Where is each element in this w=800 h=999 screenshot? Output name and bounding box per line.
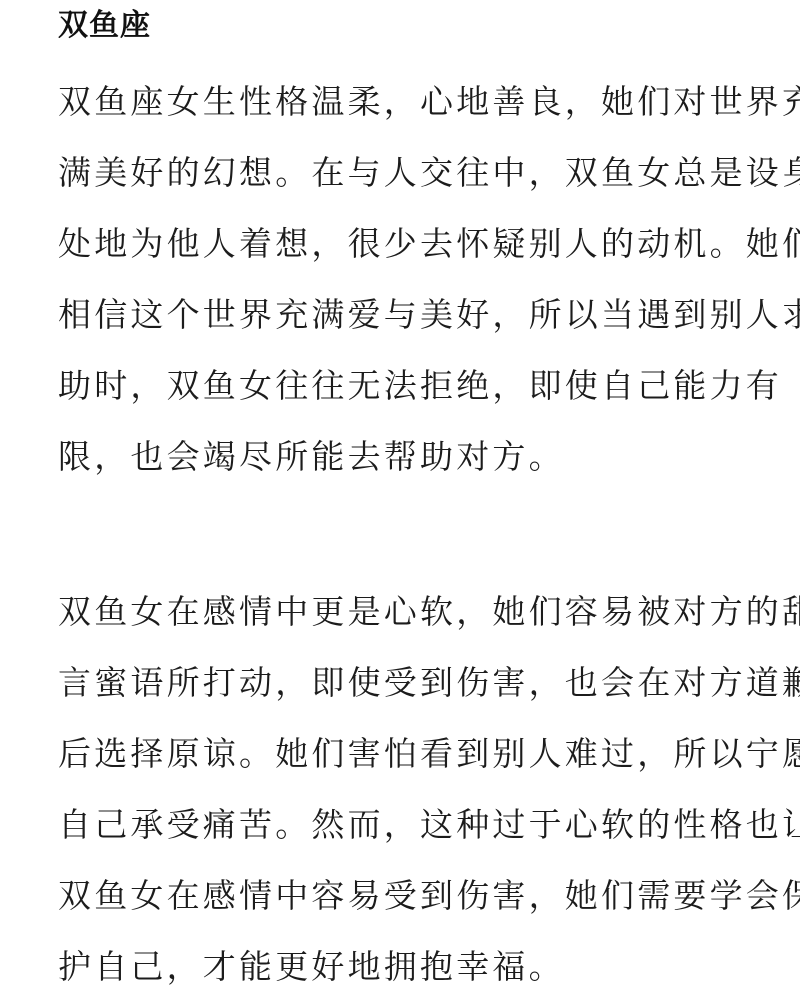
text-line: 后选择原谅。她们害怕看到别人难过，所以宁愿 (58, 718, 748, 789)
paragraph-1: 双鱼座女生性格温柔，心地善良，她们对世界充 满美好的幻想。在与人交往中，双鱼女总… (58, 66, 748, 492)
text-line: 自己承受痛苦。然而，这种过于心软的性格也让 (58, 789, 748, 860)
text-line: 护自己，才能更好地拥抱幸福。 (58, 931, 748, 999)
text-line: 双鱼女在感情中更是心软，她们容易被对方的甜 (58, 576, 748, 647)
text-line: 助时，双鱼女往往无法拒绝，即使自己能力有 (58, 350, 748, 421)
text-line: 满美好的幻想。在与人交往中，双鱼女总是设身 (58, 137, 748, 208)
text-line: 双鱼女在感情中容易受到伤害，她们需要学会保 (58, 860, 748, 931)
text-line: 双鱼座女生性格温柔，心地善良，她们对世界充 (58, 66, 748, 137)
article-title: 双鱼座 (58, 6, 151, 46)
text-line: 相信这个世界充满爱与美好，所以当遇到别人求 (58, 279, 748, 350)
text-line: 限，也会竭尽所能去帮助对方。 (58, 421, 748, 492)
text-line: 处地为他人着想，很少去怀疑别人的动机。她们 (58, 208, 748, 279)
paragraph-2: 双鱼女在感情中更是心软，她们容易被对方的甜 言蜜语所打动，即使受到伤害，也会在对… (58, 576, 748, 999)
text-line: 言蜜语所打动，即使受到伤害，也会在对方道歉 (58, 647, 748, 718)
